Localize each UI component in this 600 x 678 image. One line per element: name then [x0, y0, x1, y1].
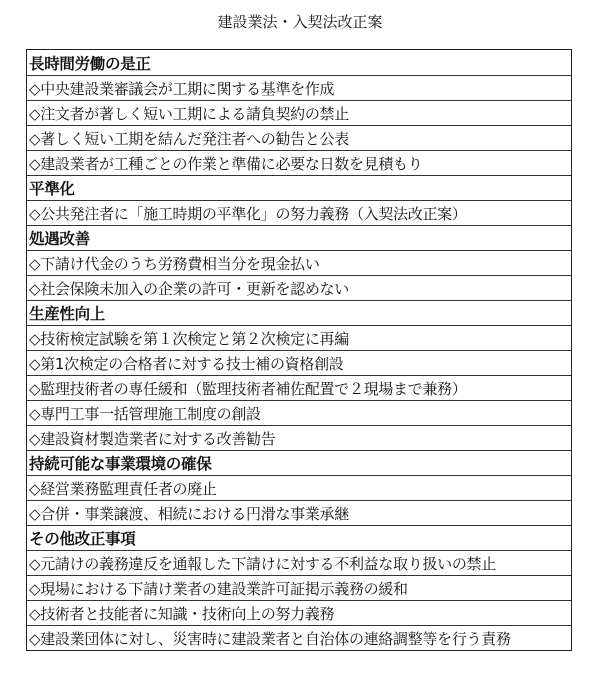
list-item: ◇専門工事一括管理施工制度の創設 — [27, 400, 571, 425]
list-item: ◇中央建設業審議会が工期に関する基準を作成 — [27, 75, 571, 100]
list-item: ◇注文者が著しく短い工期による請負契約の禁止 — [27, 100, 571, 125]
list-item: ◇経営業務監理責任者の廃止 — [27, 475, 571, 500]
list-item: ◇第1次検定の合格者に対する技士補の資格創設 — [27, 350, 571, 375]
list-item: ◇建設資材製造業者に対する改善勧告 — [27, 425, 571, 450]
list-item: ◇技術検定試験を第１次検定と第２次検定に再編 — [27, 325, 571, 350]
list-item: ◇著しく短い工期を結んだ発注者への勧告と公表 — [27, 125, 571, 150]
list-item: ◇建設業者が工種ごとの作業と準備に必要な日数を見積もり — [27, 150, 571, 175]
document-title: 建設業法・入契法改正案 — [0, 10, 600, 34]
section-heading: 持続可能な事業環境の確保 — [27, 450, 571, 475]
list-item: ◇合併・事業譲渡、相続における円滑な事業承継 — [27, 500, 571, 525]
list-item: ◇監理技術者の専任緩和（監理技術者補佐配置で２現場まで兼務） — [27, 375, 571, 400]
section-heading: その他改正事項 — [27, 525, 571, 550]
section-heading: 生産性向上 — [27, 300, 571, 325]
list-item: ◇建設業団体に対し、災害時に建設業者と自治体の連絡調整等を行う責務 — [27, 625, 571, 650]
section-heading: 長時間労働の是正 — [27, 50, 571, 75]
section-heading: 平準化 — [27, 175, 571, 200]
section-heading: 処遇改善 — [27, 225, 571, 250]
list-item: ◇下請け代金のうち労務費相当分を現金払い — [27, 250, 571, 275]
list-item: ◇公共発注者に「施工時期の平準化」の努力義務（入契法改正案） — [27, 200, 571, 225]
list-item: ◇社会保険未加入の企業の許可・更新を認めない — [27, 275, 571, 300]
list-item: ◇元請けの義務違反を通報した下請けに対する不利益な取り扱いの禁止 — [27, 550, 571, 575]
list-item: ◇技術者と技能者に知識・技術向上の努力義務 — [27, 600, 571, 625]
list-item: ◇現場における下請け業者の建設業許可証掲示義務の緩和 — [27, 575, 571, 600]
amendment-table: 長時間労働の是正 ◇中央建設業審議会が工期に関する基準を作成 ◇注文者が著しく短… — [26, 49, 572, 651]
